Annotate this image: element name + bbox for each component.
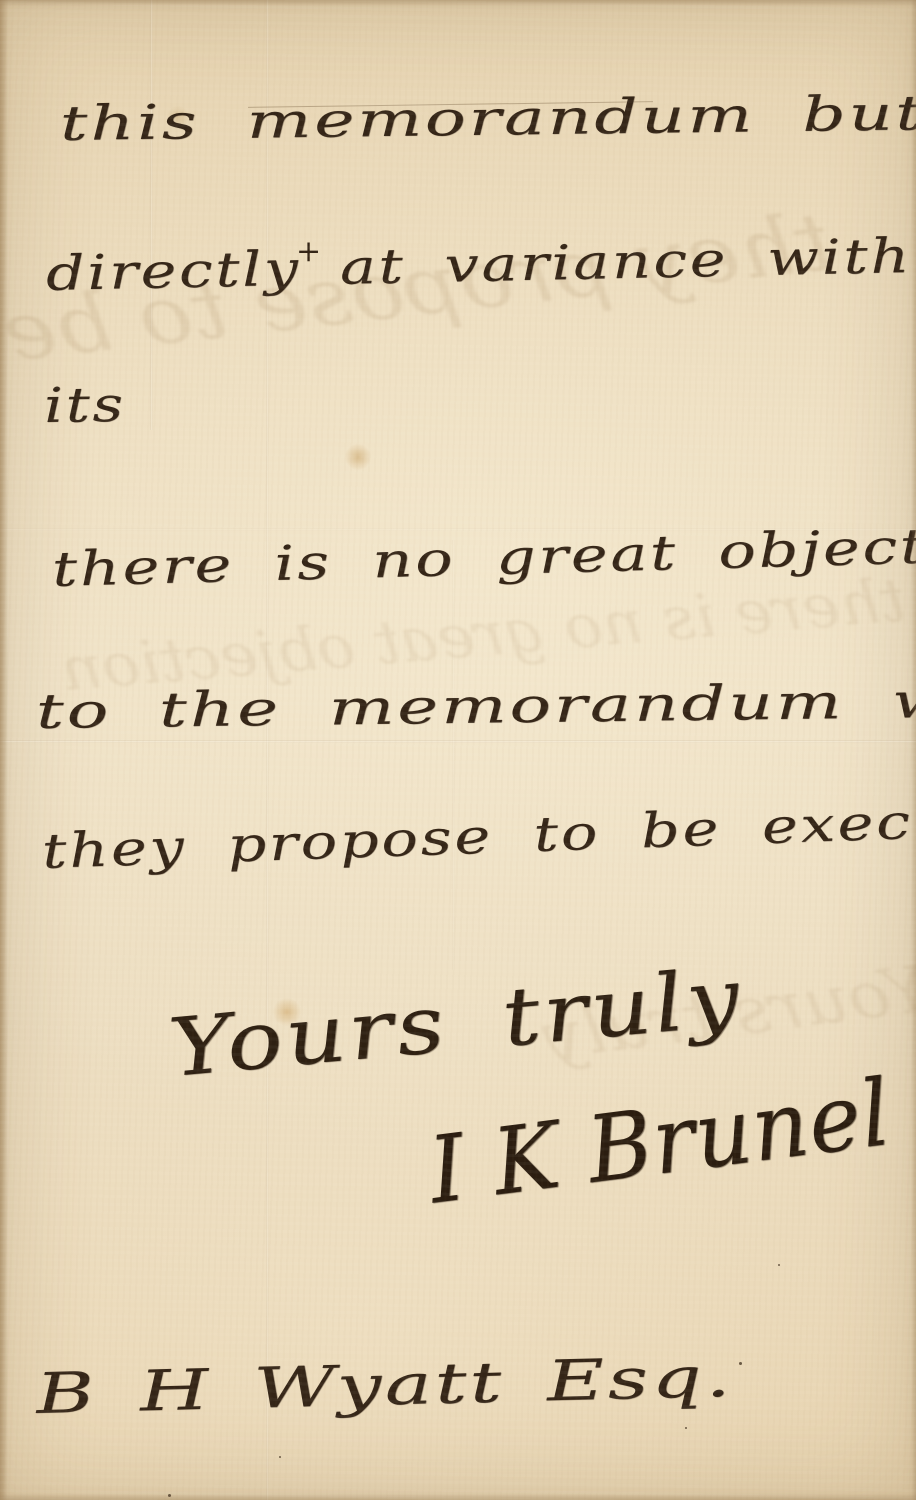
fold-crease-vertical-top bbox=[150, 0, 153, 430]
letter-line-2: directly at variance with bbox=[45, 228, 912, 302]
fold-crease-vertical-main bbox=[266, 0, 269, 1500]
stain bbox=[344, 444, 372, 470]
ink-speck bbox=[739, 1362, 742, 1365]
letter-photograph: they propose to be executed there is no … bbox=[0, 0, 916, 1500]
paper-edge-right bbox=[911, 0, 916, 1500]
ink-speck bbox=[168, 1494, 171, 1497]
letter-line-1: this memorandum but bbox=[59, 85, 916, 152]
ink-speck bbox=[685, 1427, 687, 1429]
fold-crease-horizontal-main bbox=[0, 740, 916, 743]
letter-line-6: they propose to be executed bbox=[40, 789, 916, 880]
letter-sheet: they propose to be executed there is no … bbox=[0, 0, 916, 1500]
fold-crease-vertical-faint bbox=[452, 540, 455, 970]
letter-line-5: to the memorandum which bbox=[35, 671, 916, 740]
recipient-line: B H Wyatt Esq. bbox=[34, 1345, 734, 1427]
paper-edge-top bbox=[0, 0, 916, 6]
paper-edge-left bbox=[0, 0, 8, 1500]
signature: I K Brunel bbox=[424, 1059, 896, 1225]
paper-edge-bottom bbox=[0, 1494, 916, 1500]
closing-valediction: Yours truly bbox=[164, 950, 747, 1094]
ink-speck bbox=[279, 1456, 281, 1458]
ink-speck bbox=[778, 1264, 780, 1266]
letter-line-3: its bbox=[43, 377, 126, 434]
ink-show-through: they propose to be executed bbox=[0, 195, 836, 427]
